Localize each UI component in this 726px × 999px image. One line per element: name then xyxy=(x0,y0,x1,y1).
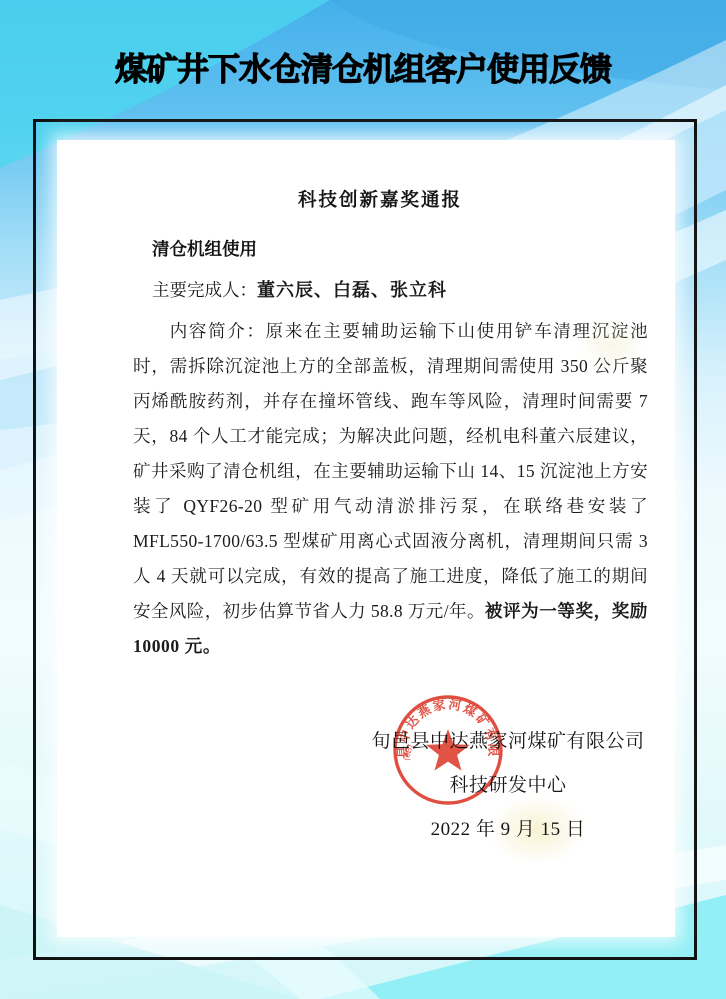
paragraph-text: 原来在主要辅助运输下山使用铲车清理沉淀池时，需拆除沉淀池上方的全部盖板，清理期间… xyxy=(133,321,648,621)
document-title: 科技创新嘉奖通报 xyxy=(57,186,675,212)
seal-star-icon xyxy=(426,729,470,771)
intro-label: 内容简介： xyxy=(170,321,266,341)
signature-date: 2022 年 9 月 15 日 xyxy=(357,814,659,841)
seal-graphic: 旬邑县中达燕家河煤矿有限公司 (8B) xyxy=(391,693,505,807)
completers-names: 董六辰、白磊、张立科 xyxy=(257,280,447,300)
content-paragraph: 内容简介：原来在主要辅助运输下山使用铲车清理沉淀池时，需拆除沉淀池上方的全部盖板… xyxy=(133,314,648,664)
banner-title: 煤矿井下水仓清仓机组客户使用反馈 xyxy=(0,44,726,90)
completers-label: 主要完成人： xyxy=(152,280,257,300)
poster-canvas: 煤矿井下水仓清仓机组客户使用反馈 科技创新嘉奖通报 清仓机组使用 主要完成人：董… xyxy=(0,0,726,999)
project-name: 清仓机组使用 xyxy=(152,236,675,261)
company-seal-stamp: 旬邑县中达燕家河煤矿有限公司 (8B) xyxy=(391,693,505,807)
document-frame: 科技创新嘉奖通报 清仓机组使用 主要完成人：董六辰、白磊、张立科 内容简介：原来… xyxy=(33,119,697,960)
document-page: 科技创新嘉奖通报 清仓机组使用 主要完成人：董六辰、白磊、张立科 内容简介：原来… xyxy=(57,140,675,937)
completers-line: 主要完成人：董六辰、白磊、张立科 xyxy=(152,276,675,302)
